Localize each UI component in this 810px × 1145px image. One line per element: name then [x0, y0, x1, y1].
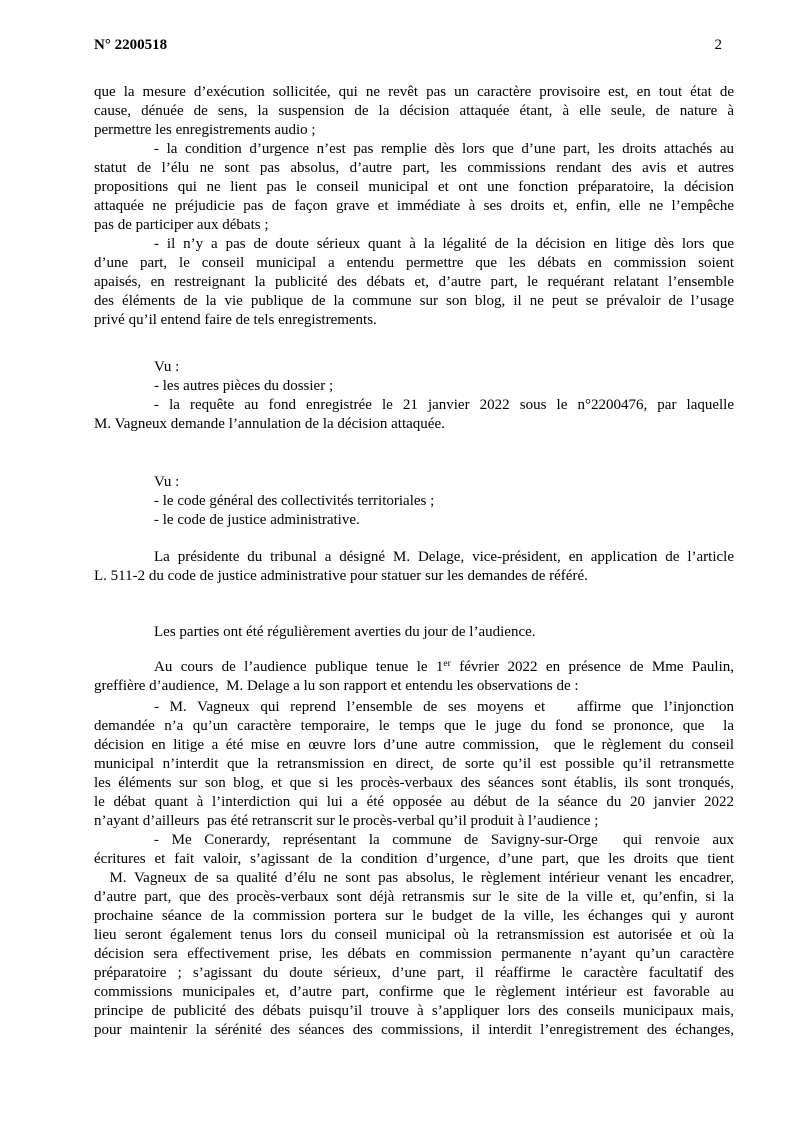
paragraph-urgence: - la condition d’urgence n’est pas rempl…: [94, 140, 734, 235]
text-line: d’autre part, que des procès-verbaux son…: [94, 888, 734, 907]
text-line: pour maintenir la sérénité des séances d…: [94, 1021, 734, 1040]
document-page: N° 2200518 2 que la mesure d’exécution s…: [0, 0, 810, 1145]
text-line: - M. Vagneux qui reprend l’ensemble de s…: [94, 698, 734, 717]
text-line: d’une part, le conseil municipal a enten…: [94, 254, 734, 273]
document-content: N° 2200518 2 que la mesure d’exécution s…: [94, 36, 734, 1040]
vu-label-1: Vu :: [94, 358, 734, 377]
text-line: lieu seront également tenus lors du cons…: [94, 926, 734, 945]
paragraph-parties: Les parties ont été régulièrement averti…: [94, 623, 734, 642]
text-line: préparatoire ; s’agissant du doute série…: [94, 964, 734, 983]
text-line: - il n’y a pas de doute sérieux quant à …: [94, 235, 734, 254]
text-line: La présidente du tribunal a désigné M. D…: [94, 548, 734, 567]
paragraph-vagneux-observations: - M. Vagneux qui reprend l’ensemble de s…: [94, 698, 734, 831]
text-line: écritures et fait valoir, s’agissant de …: [94, 850, 734, 869]
text-line: décision sera effectivement prise, les d…: [94, 945, 734, 964]
text-line: demandée n’a qu’un caractère temporaire,…: [94, 717, 734, 736]
text-line: - la requête au fond enregistrée le 21 j…: [94, 396, 734, 415]
text-line: des éléments de la vie publique de la co…: [94, 292, 734, 311]
text-line: les éléments sur son blog, et que si les…: [94, 774, 734, 793]
text-line: - la condition d’urgence n’est pas rempl…: [94, 140, 734, 159]
page-number: 2: [715, 36, 735, 55]
text-line: M. Vagneux demande l’annulation de la dé…: [94, 415, 734, 434]
page-header: N° 2200518 2: [94, 36, 734, 55]
text-line: greffière d’audience, M. Delage a lu son…: [94, 677, 734, 696]
paragraph-audience: Au cours de l’audience publique tenue le…: [94, 658, 734, 696]
text-line: L. 511-2 du code de justice administrati…: [94, 567, 734, 586]
paragraph-conerardy-observations: - Me Conerardy, représentant la commune …: [94, 831, 734, 1040]
audience-line-pre: Au cours de l’audience publique tenue le…: [154, 659, 443, 675]
vu-item-pieces: - les autres pièces du dossier ;: [94, 377, 734, 396]
text-line: M. Vagneux de sa qualité d’élu ne sont p…: [94, 869, 734, 888]
text-line: que la mesure d’exécution sollicitée, qu…: [94, 83, 734, 102]
vu-item-code-collectivites: - le code général des collectivités terr…: [94, 492, 734, 511]
text-line: principe de publicité des débats puisqu’…: [94, 1002, 734, 1021]
text-line: permettre les enregistrements audio ;: [94, 121, 734, 140]
text-line: propositions qui ne lient pas le conseil…: [94, 178, 734, 197]
text-line: municipal n’interdit que la retransmissi…: [94, 755, 734, 774]
ordinal-superscript: er: [443, 659, 450, 669]
paragraph-requete: - la requête au fond enregistrée le 21 j…: [94, 396, 734, 434]
vu-label-2: Vu :: [94, 473, 734, 492]
case-number: N° 2200518: [94, 36, 167, 55]
text-line: privé qu’il entend faire de tels enregis…: [94, 311, 734, 330]
text-line: le débat quant à l’interdiction qui lui …: [94, 793, 734, 812]
text-line: - Me Conerardy, représentant la commune …: [94, 831, 734, 850]
paragraph-presidente: La présidente du tribunal a désigné M. D…: [94, 548, 734, 586]
text-line: décision en litige a été mise en œuvre l…: [94, 736, 734, 755]
text-line: pas de participer aux débats ;: [94, 216, 734, 235]
text-line: commissions municipales et, d’autre part…: [94, 983, 734, 1002]
audience-line-post: février 2022 en présence de Mme Paulin,: [451, 659, 734, 675]
paragraph-execution: que la mesure d’exécution sollicitée, qu…: [94, 83, 734, 140]
text-line: Au cours de l’audience publique tenue le…: [94, 658, 734, 677]
text-line: attaquée ne préjudicie pas de façon grav…: [94, 197, 734, 216]
text-line: statut de l’élu ne sont pas absolus, d’a…: [94, 159, 734, 178]
text-line: cause, dénuée de sens, la suspension de …: [94, 102, 734, 121]
vu-item-code-justice: - le code de justice administrative.: [94, 511, 734, 530]
text-line: apaisés, en restreignant la publicité de…: [94, 273, 734, 292]
text-line: n’ayant d’ailleurs pas été retranscrit s…: [94, 812, 734, 831]
paragraph-doute-serieux: - il n’y a pas de doute sérieux quant à …: [94, 235, 734, 330]
text-line: prochaine séance de la commission porter…: [94, 907, 734, 926]
